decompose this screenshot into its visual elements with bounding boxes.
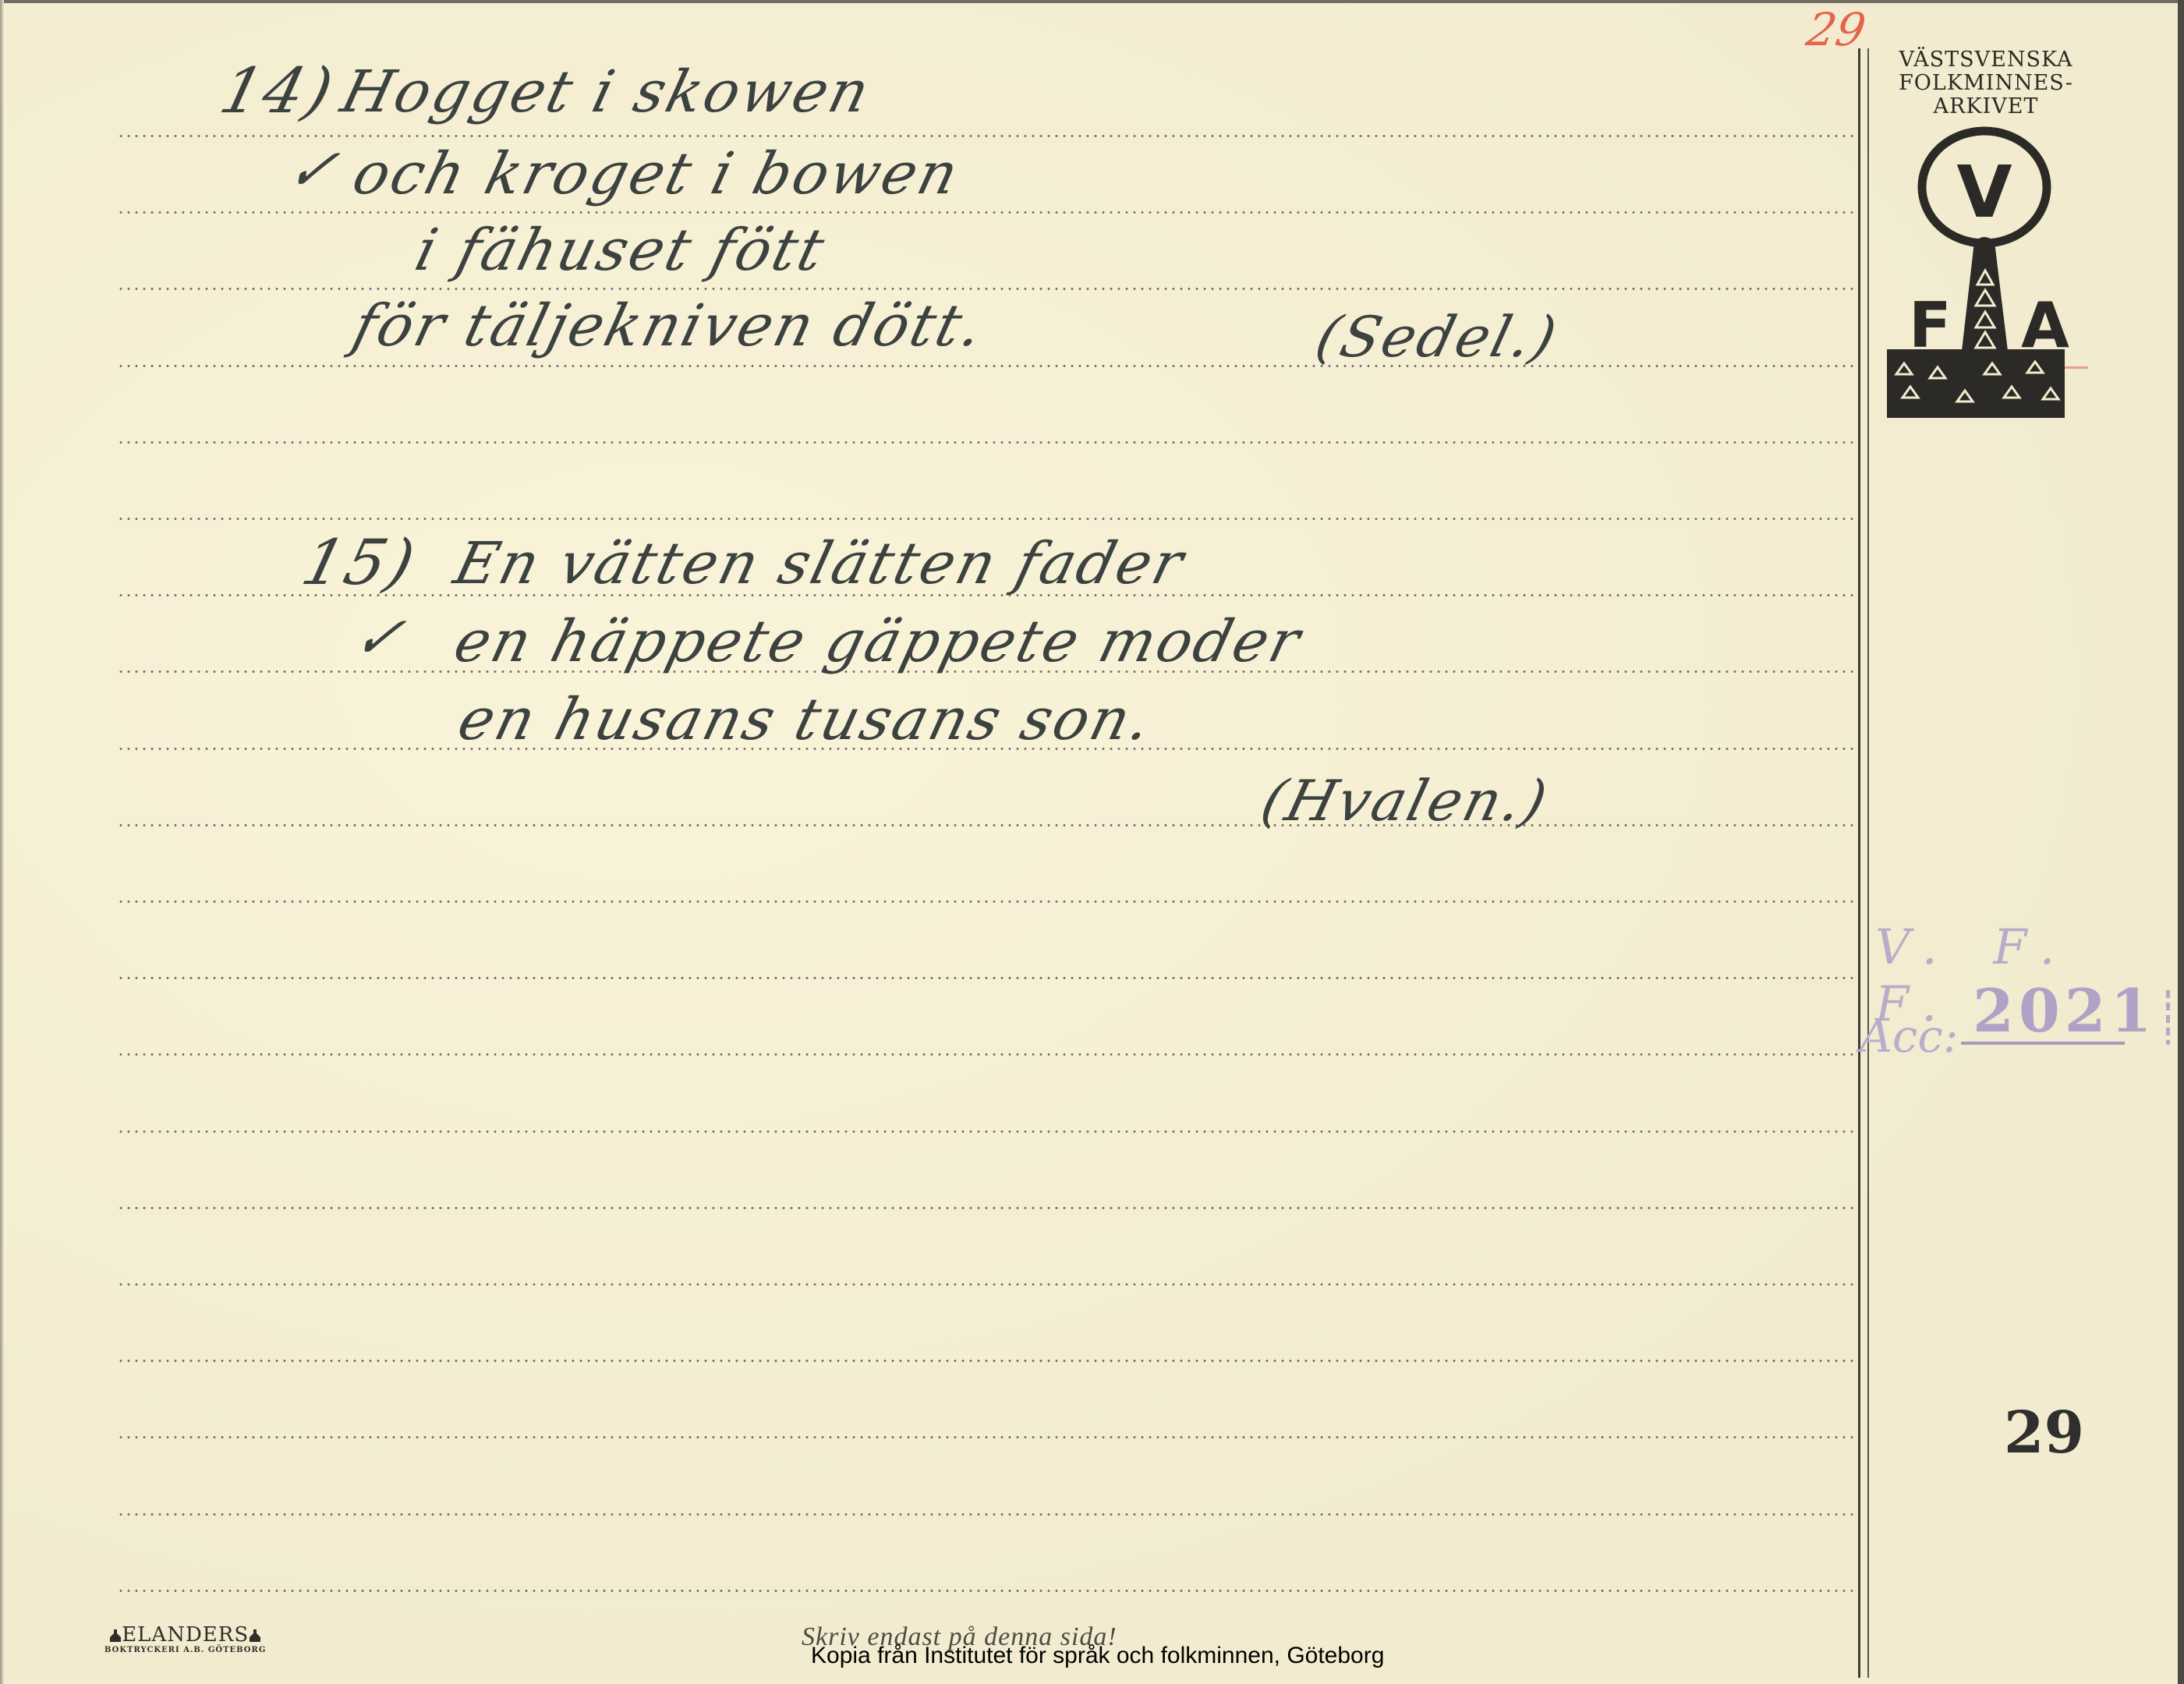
printer-name: ELANDERS [122,1623,249,1647]
ruled-line [117,977,1857,979]
printer-ornament-icon [249,1629,261,1643]
red-page-mark: 29 [1803,3,1870,56]
stamp-underline [1961,1042,2125,1045]
archive-header-line1: VÄSTSVENSKA [1885,48,2087,72]
entry-14-line-1: Hogget i skowen [335,58,878,126]
archive-header-line3: ARKIVET [1885,95,2087,119]
ruled-line [117,1513,1857,1516]
copy-attribution: Kopia från Institutet för språk och folk… [811,1643,1384,1669]
checkmark-icon: ✓ [346,604,413,671]
logo-letter-v: V [1956,150,2012,234]
ruled-line [117,288,1857,290]
entry-15-number: 15) [295,526,423,599]
stamp-acc-number: 2021 [1973,976,2157,1045]
ruled-line [117,1283,1857,1286]
logo-letter-a: A [2021,289,2069,362]
stamp-edge-mark [2166,990,2170,1045]
entry-14-source-note: (Sedel.) [1310,304,1566,370]
checkmark-icon: ✓ [280,136,347,203]
ruled-line [117,211,1857,214]
printer-ornament-icon [109,1629,122,1643]
logo-letter-f: F [1909,289,1952,362]
ruled-line [117,1053,1857,1056]
archive-header: VÄSTSVENSKA FOLKMINNES- ARKIVET [1885,48,2087,119]
ruled-line [117,135,1857,137]
entry-15-line-2: en häppete gäppete moder [448,608,1308,675]
ruled-line [117,518,1857,520]
scan-left-edge [0,0,4,1684]
ruled-line [117,365,1857,367]
printer-subtitle: BOKTRYCKERI A.B. GÖTEBORG [104,1646,266,1655]
entry-15-line-1: En vätten slätten fader [448,530,1191,597]
scan-right-edge [2178,0,2184,1684]
entry-15-line-3: en husans tusans son. [451,686,1159,753]
entry-14-number: 14) [213,55,342,127]
ruled-line [117,1130,1857,1133]
ruled-line [117,1590,1857,1592]
archive-header-line2: FOLKMINNES- [1885,72,2087,95]
ruled-line [117,824,1857,826]
vfa-hammer-logo-icon: V F A [1887,125,2090,452]
printer-imprint: ELANDERS BOKTRYCKERI A.B. GÖTEBORG [104,1624,266,1655]
ruled-line [117,1436,1857,1438]
margin-rule-right [1867,48,1869,1678]
entry-15-source-note: (Hvalen.) [1255,768,1556,833]
entry-14-line-3: i fähuset fött [409,217,833,284]
entry-14-line-4: för täljekniven dött. [346,292,991,359]
ruled-line [117,900,1857,903]
page-number: 29 [2004,1399,2084,1466]
margin-rule-left [1858,48,1860,1678]
entry-14-line-2: och kroget i bowen [346,140,967,207]
ruled-line [117,1360,1857,1362]
ruled-line [117,1207,1857,1209]
archive-page: 29 VÄSTSVENSKA FOLKMINNES- ARKIVET V F A [0,0,2184,1684]
ruled-line [117,441,1857,444]
stamp-acc-label: Acc: [1860,1010,1958,1063]
